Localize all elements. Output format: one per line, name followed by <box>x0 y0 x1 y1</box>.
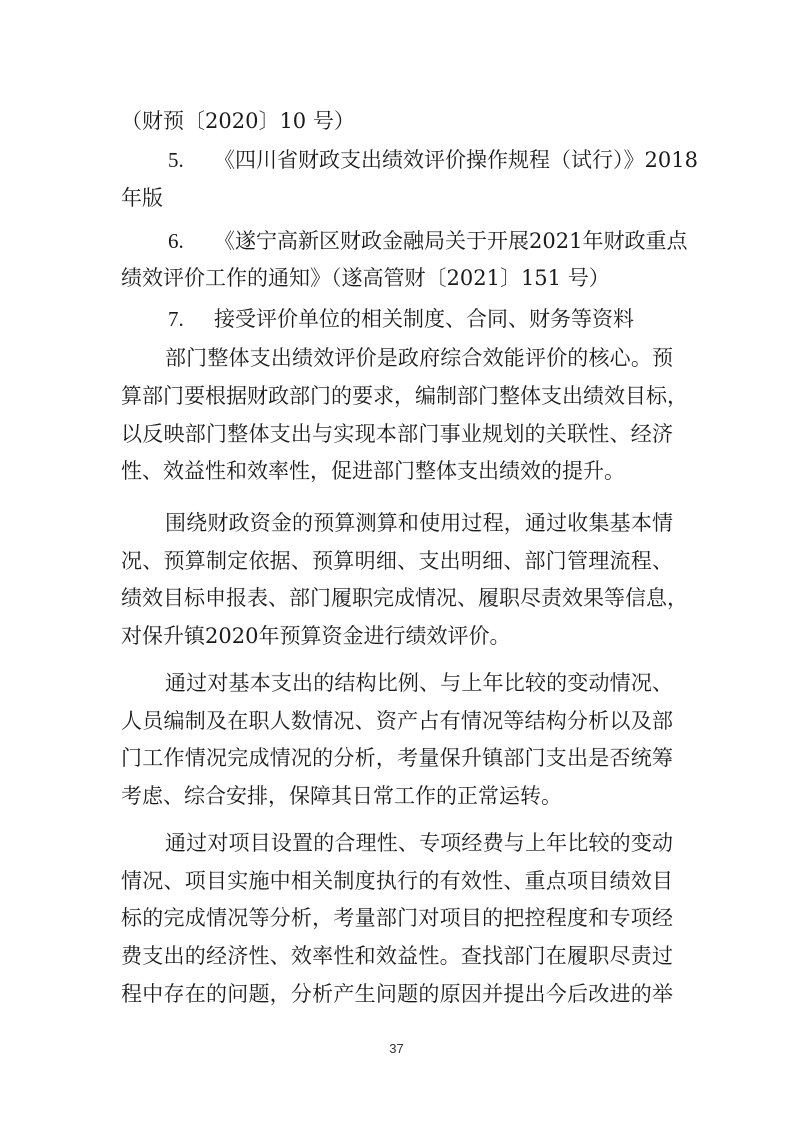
list-item-number: 7. <box>168 304 214 334</box>
paragraph-line: 情况、项目实施中相关制度执行的有效性、重点项目绩效目 <box>121 866 673 896</box>
paragraph-line: 绩效评价工作的通知》（遂高管财〔2021〕151 号） <box>121 263 673 293</box>
line-text: 人员编制及在职人数情况、资产占有情况等结构分析以及部 <box>121 709 673 733</box>
page-number: 37 <box>0 1041 793 1056</box>
paragraph-line: 部门整体支出绩效评价是政府综合效能评价的核心。预 <box>165 343 673 373</box>
line-text: 程中存在的问题，分析产生问题的原因并提出今后改进的举 <box>121 982 673 1006</box>
paragraph-line: 通过对项目设置的合理性、专项经费与上年比较的变动 <box>165 828 673 858</box>
line-text: 算部门要根据财政部门的要求，编制部门整体支出绩效目标， <box>121 384 688 408</box>
list-item-line: 7.接受评价单位的相关制度、合同、财务等资料 <box>168 304 673 334</box>
line-text: 标的完成情况等分析，考量部门对项目的把控程度和专项经 <box>121 906 673 930</box>
line-text: 绩效目标申报表、部门履职完成情况、履职尽责效果等信息， <box>121 586 688 610</box>
paragraph-line: 以反映部门整体支出与实现本部门事业规划的关联性、经济 <box>121 419 673 449</box>
paragraph-line: 对保升镇2020年预算资金进行绩效评价。 <box>121 621 673 651</box>
line-text: 情况、项目实施中相关制度执行的有效性、重点项目绩效目 <box>121 869 673 893</box>
paragraph-line: 算部门要根据财政部门的要求，编制部门整体支出绩效目标， <box>121 381 673 411</box>
line-text: （财预〔2020〕10 号） <box>121 109 355 133</box>
paragraph-line: 性、效益性和效率性，促进部门整体支出绩效的提升。 <box>121 456 673 486</box>
line-text: 《四川省财政支出绩效评价操作规程（试行）》2018 <box>214 148 698 172</box>
paragraph-line: 人员编制及在职人数情况、资产占有情况等结构分析以及部 <box>121 706 673 736</box>
paragraph-line: 考虑、综合安排，保障其日常工作的正常运转。 <box>121 781 673 811</box>
document-page: （财预〔2020〕10 号）5.《四川省财政支出绩效评价操作规程（试行）》201… <box>0 0 793 1122</box>
list-item-line: 6.《遂宁高新区财政金融局关于开展2021年财政重点 <box>168 226 673 256</box>
line-text: 部门整体支出绩效评价是政府综合效能评价的核心。预 <box>165 346 673 370</box>
line-text: 年版 <box>121 186 163 210</box>
paragraph-line: 围绕财政资金的预算测算和使用过程，通过收集基本情 <box>165 508 673 538</box>
line-text: 通过对项目设置的合理性、专项经费与上年比较的变动 <box>165 831 673 855</box>
paragraph-line: 费支出的经济性、效率性和效益性。查找部门在履职尽责过 <box>121 941 673 971</box>
paragraph-line: 绩效目标申报表、部门履职完成情况、履职尽责效果等信息， <box>121 583 673 613</box>
line-text: 对保升镇2020年预算资金进行绩效评价。 <box>121 624 510 648</box>
line-text: 门工作情况完成情况的分析，考量保升镇部门支出是否统筹 <box>121 746 673 770</box>
line-text: 费支出的经济性、效率性和效益性。查找部门在履职尽责过 <box>121 944 673 968</box>
line-text: 围绕财政资金的预算测算和使用过程，通过收集基本情 <box>165 511 673 535</box>
paragraph-line: 标的完成情况等分析，考量部门对项目的把控程度和专项经 <box>121 903 673 933</box>
paragraph-line: （财预〔2020〕10 号） <box>121 106 673 136</box>
list-item-number: 6. <box>168 226 214 256</box>
line-text: 性、效益性和效率性，促进部门整体支出绩效的提升。 <box>121 459 625 483</box>
paragraph-line: 程中存在的问题，分析产生问题的原因并提出今后改进的举 <box>121 979 673 1009</box>
paragraph-line: 年版 <box>121 183 673 213</box>
line-text: 考虑、综合安排，保障其日常工作的正常运转。 <box>121 784 562 808</box>
paragraph-line: 门工作情况完成情况的分析，考量保升镇部门支出是否统筹 <box>121 743 673 773</box>
line-text: 《遂宁高新区财政金融局关于开展2021年财政重点 <box>214 229 687 253</box>
line-text: 绩效评价工作的通知》（遂高管财〔2021〕151 号） <box>121 266 610 290</box>
list-item-number: 5. <box>168 145 214 175</box>
line-text: 况、预算制定依据、预算明细、支出明细、部门管理流程、 <box>121 549 673 573</box>
line-text: 通过对基本支出的结构比例、与上年比较的变动情况、 <box>165 671 673 695</box>
line-text: 以反映部门整体支出与实现本部门事业规划的关联性、经济 <box>121 422 673 446</box>
list-item-line: 5.《四川省财政支出绩效评价操作规程（试行）》2018 <box>168 145 673 175</box>
line-text: 接受评价单位的相关制度、合同、财务等资料 <box>214 307 634 331</box>
paragraph-line: 通过对基本支出的结构比例、与上年比较的变动情况、 <box>165 668 673 698</box>
paragraph-line: 况、预算制定依据、预算明细、支出明细、部门管理流程、 <box>121 546 673 576</box>
